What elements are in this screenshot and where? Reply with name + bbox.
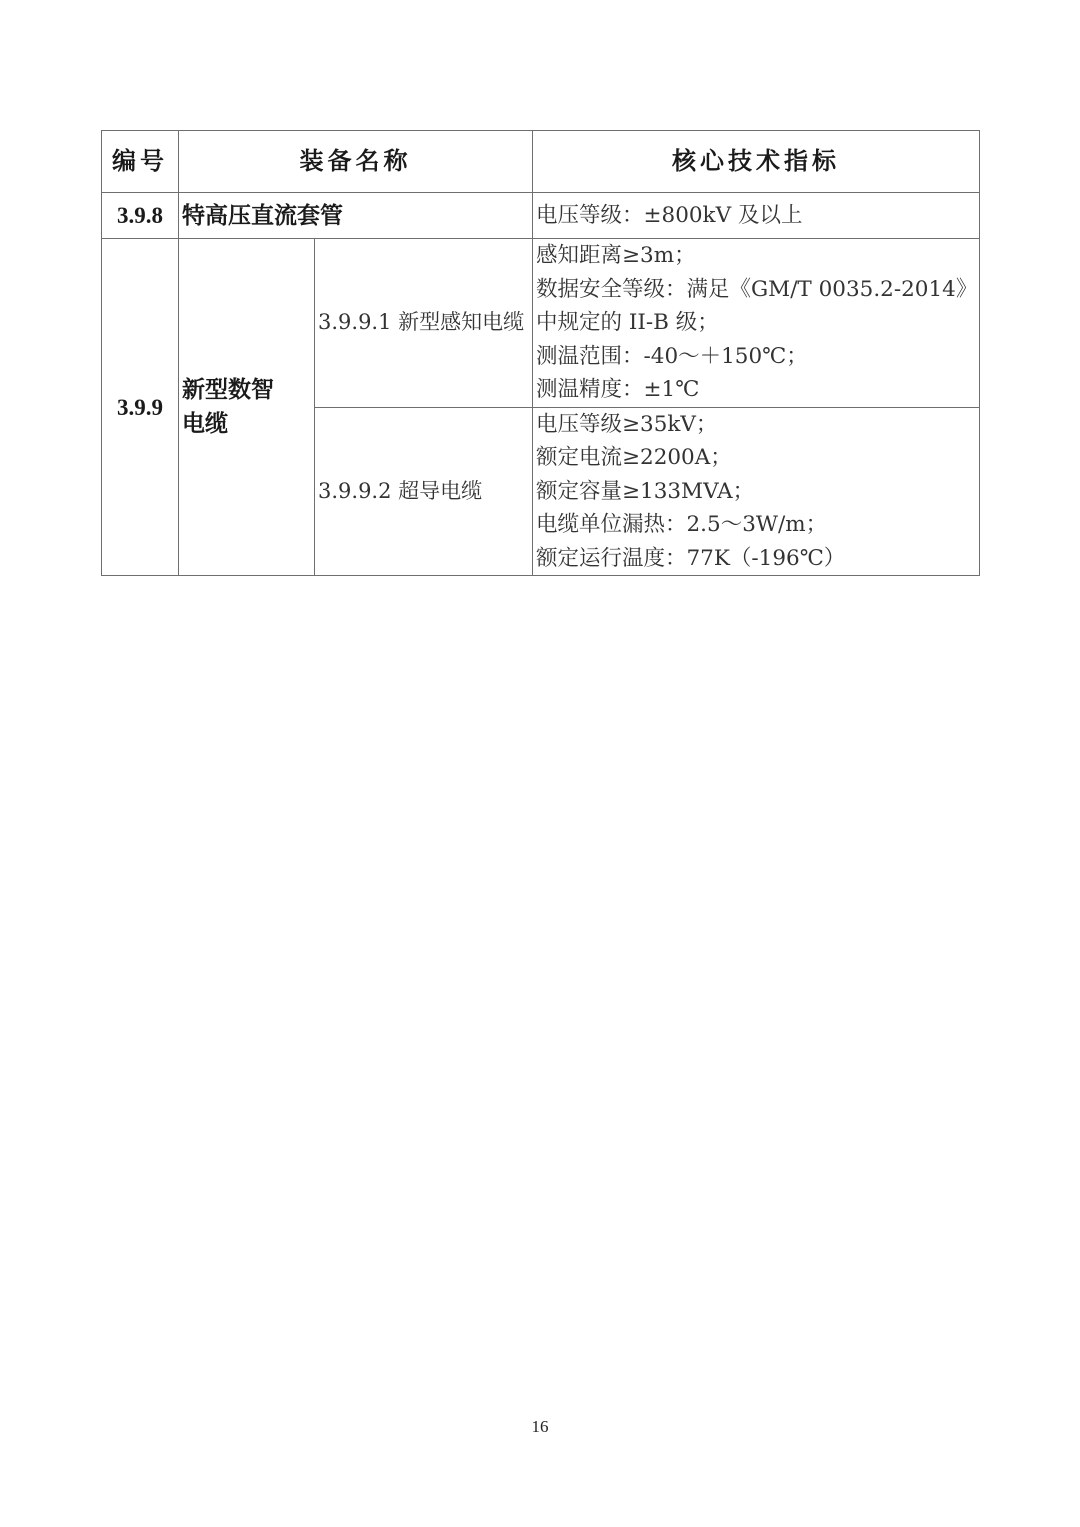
row-specs: 电压等级：±800kV 及以上 bbox=[533, 193, 980, 239]
row-code: 3.9.9 bbox=[102, 239, 179, 576]
row-equipment-name: 特高压直流套管 bbox=[179, 193, 533, 239]
spec-line: 感知距离≥3m； bbox=[536, 239, 979, 273]
page-number: 16 bbox=[0, 1417, 1080, 1437]
row-equipment-name: 新型数智 电缆 bbox=[179, 239, 315, 576]
table-row: 3.9.9 新型数智 电缆 3.9.9.1 新型感知电缆 感知距离≥3m； 数据… bbox=[102, 239, 980, 408]
spec-line: 测温范围：-40～＋150℃； bbox=[536, 340, 979, 374]
spec-line: 数据安全等级：满足《GM/T 0035.2-2014》 bbox=[536, 273, 979, 307]
sub-item-specs: 电压等级≥35kV； 额定电流≥2200A； 额定容量≥133MVA； 电缆单位… bbox=[533, 407, 980, 576]
spec-line: 电压等级≥35kV； bbox=[536, 408, 979, 442]
sub-item-specs: 感知距离≥3m； 数据安全等级：满足《GM/T 0035.2-2014》 中规定… bbox=[533, 239, 980, 408]
equipment-spec-table: 编号 装备名称 核心技术指标 3.9.8 特高压直流套管 电压等级：±800kV… bbox=[101, 130, 980, 576]
sub-item-name: 3.9.9.2 超导电缆 bbox=[315, 407, 533, 576]
spec-line: 电压等级：±800kV 及以上 bbox=[536, 199, 979, 233]
header-equipment-name: 装备名称 bbox=[179, 131, 533, 193]
spec-line: 额定容量≥133MVA； bbox=[536, 475, 979, 509]
table-row: 3.9.8 特高压直流套管 电压等级：±800kV 及以上 bbox=[102, 193, 980, 239]
spec-line: 额定电流≥2200A； bbox=[536, 441, 979, 475]
name-line: 电缆 bbox=[182, 407, 314, 441]
sub-item-name: 3.9.9.1 新型感知电缆 bbox=[315, 239, 533, 408]
spec-line: 额定运行温度：77K（-196℃） bbox=[536, 542, 979, 576]
row-code: 3.9.8 bbox=[102, 193, 179, 239]
table-header-row: 编号 装备名称 核心技术指标 bbox=[102, 131, 980, 193]
spec-line: 中规定的 II-B 级； bbox=[536, 306, 979, 340]
spec-line: 电缆单位漏热：2.5～3W/m； bbox=[536, 508, 979, 542]
header-code: 编号 bbox=[102, 131, 179, 193]
name-line: 新型数智 bbox=[182, 373, 314, 407]
spec-line: 测温精度：±1℃ bbox=[536, 373, 979, 407]
header-core-specs: 核心技术指标 bbox=[533, 131, 980, 193]
